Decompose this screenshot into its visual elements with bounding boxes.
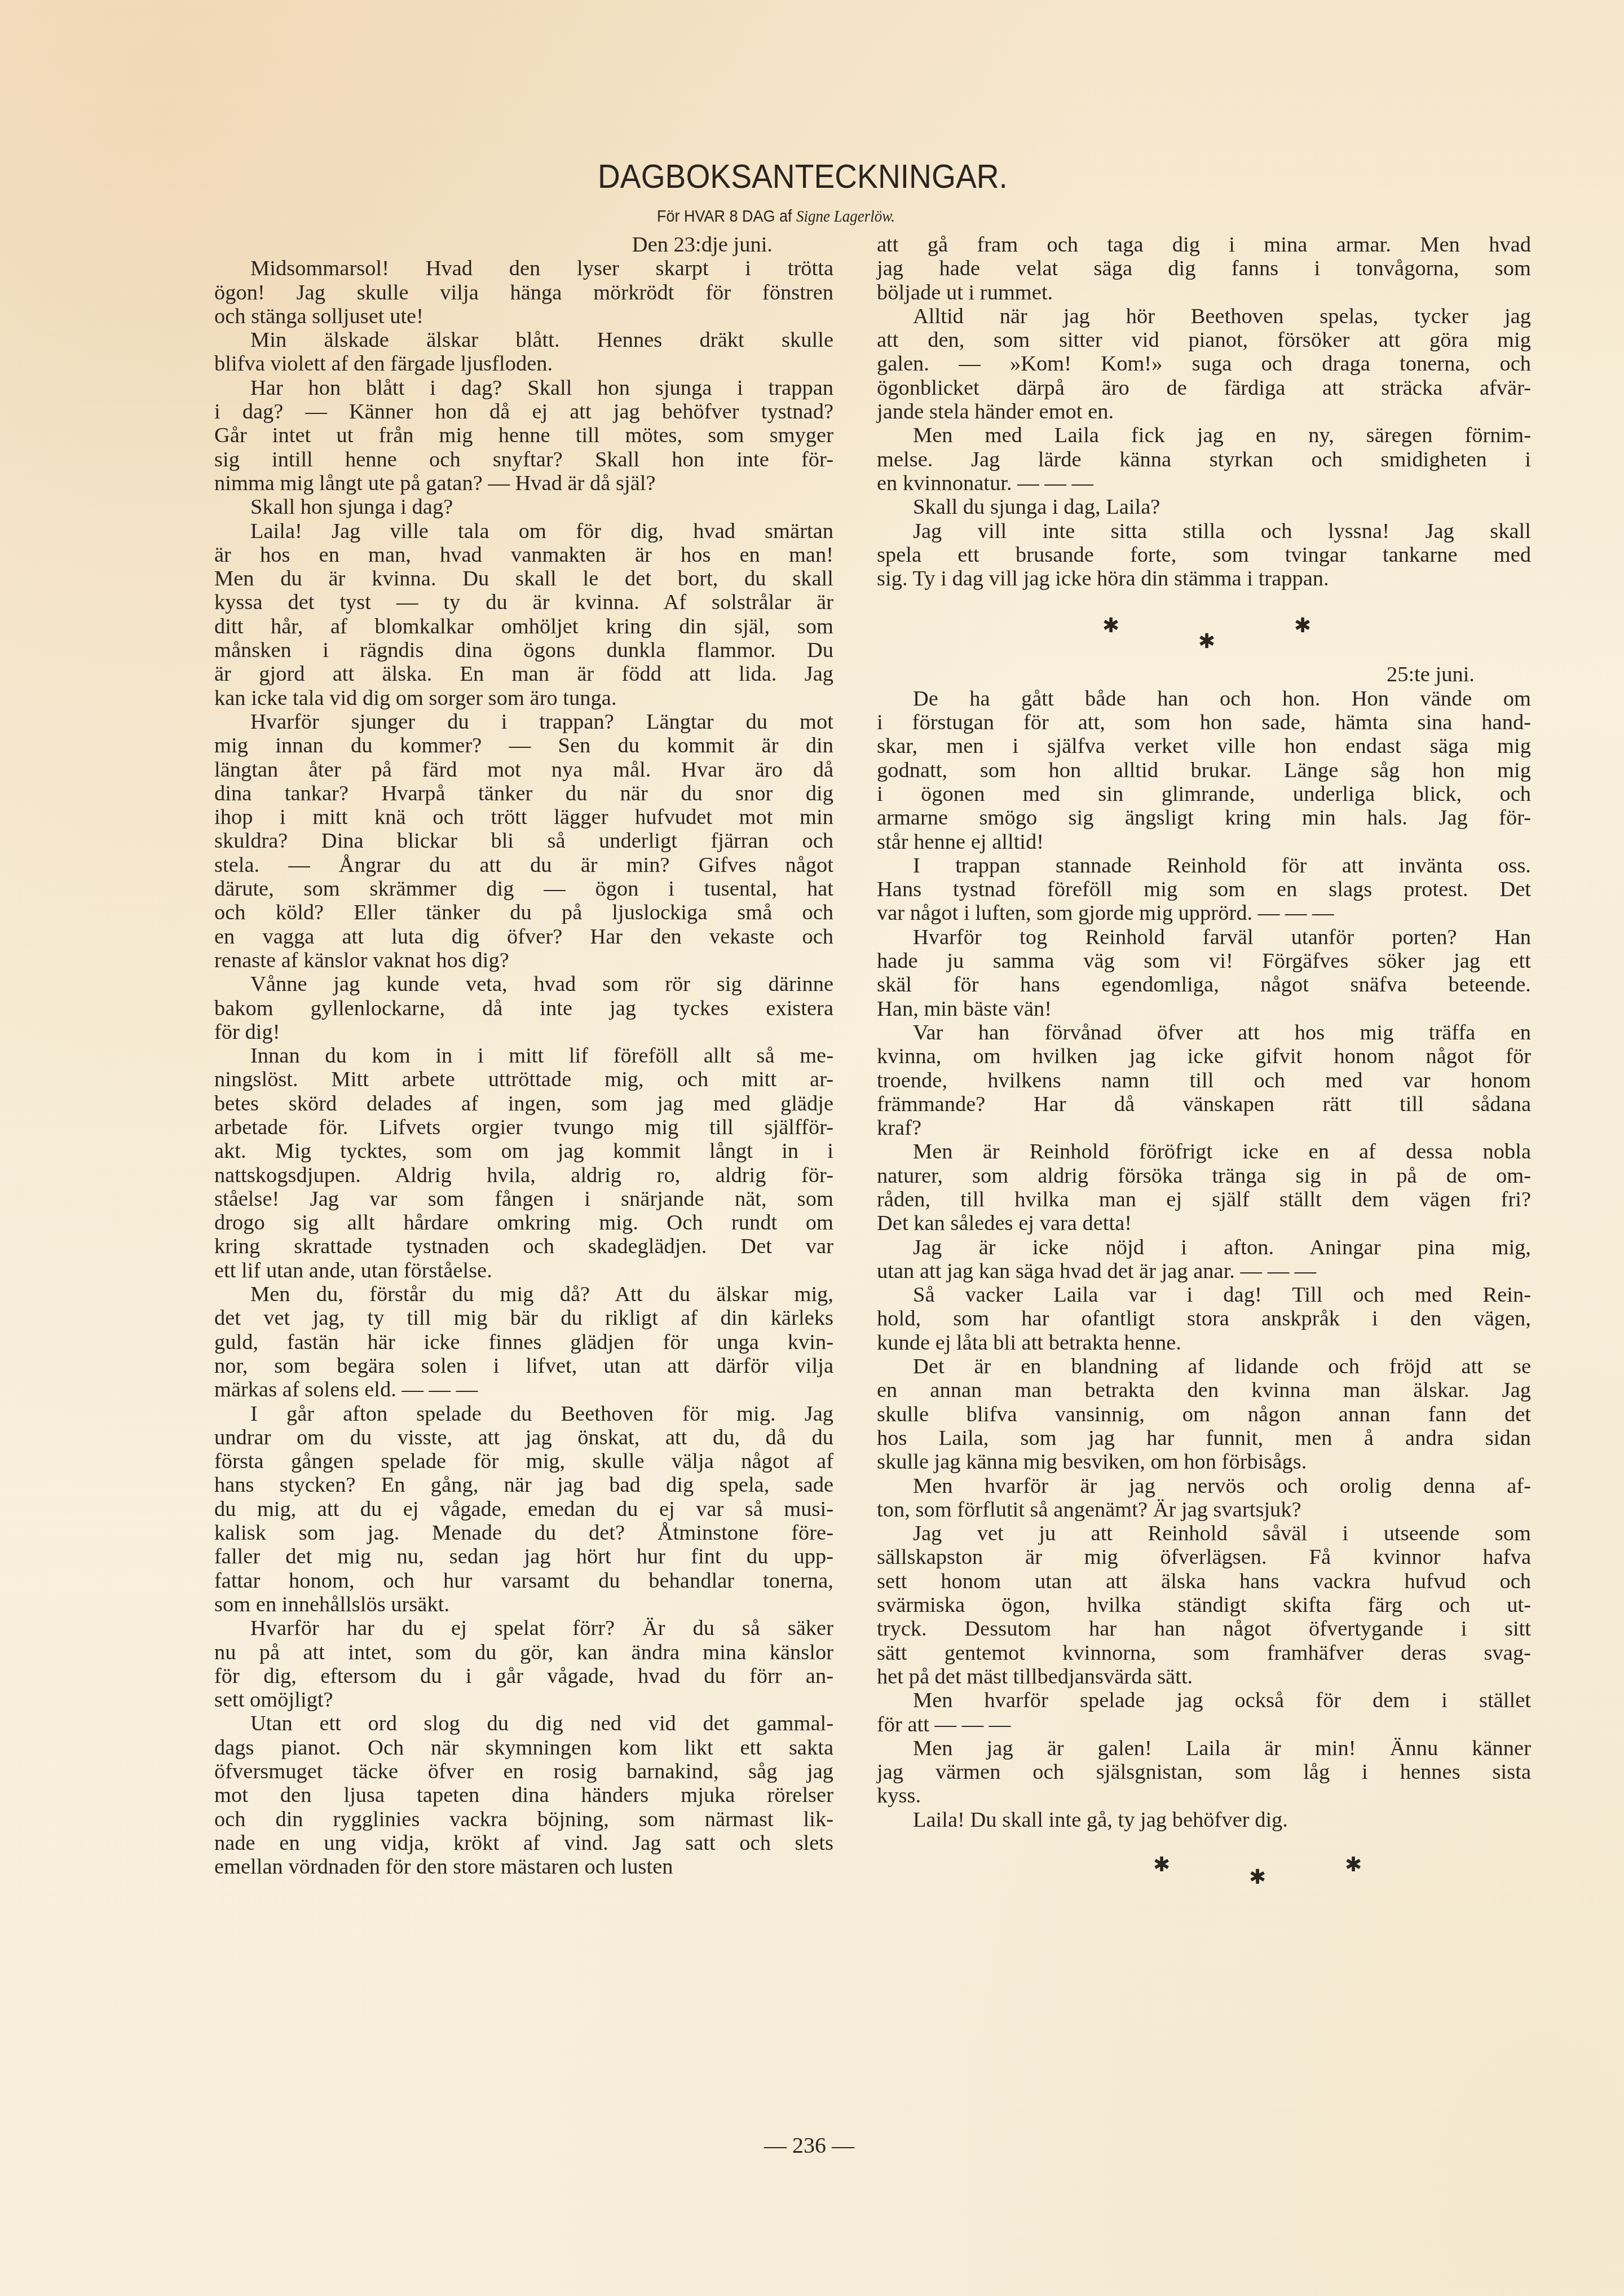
author-name: Signe Lagerlöw. [796,207,895,226]
paragraph: Vånne jag kunde veta, hvad som rör sig d… [214,972,833,1044]
paragraph: De ha gått både han och hon. Hon vände o… [877,687,1531,854]
end-separator: ✱ ✱ ✱ [877,1832,1531,1888]
text-line: kan icke tala vid dig om sorger som äro … [214,686,833,710]
section-separator: ✱ ✱ ✱ [877,590,1531,663]
text-line: Utan ett ord slog du dig ned vid det gam… [214,1712,833,1735]
text-line: Det kan således ej vara detta! [877,1211,1531,1235]
paragraph: Alltid när jag hör Beethoven spelas, tyc… [877,305,1531,424]
text-line: hade ju samma väg som vi! Förgäfves söke… [877,949,1531,973]
text-line: en vagga att luta dig öfver? Har den vek… [214,925,833,949]
text-line: Men med Laila fick jag en ny, säregen fö… [877,424,1531,447]
paragraph: Jag vet ju att Reinhold såväl i utseende… [877,1522,1531,1689]
text-line: bakom gyllenlockarne, då inte jag tyckes… [214,997,833,1020]
text-line: I trappan stannade Reinhold för att invä… [877,854,1531,878]
text-line: naturer, som aldrig försöka tränga sig i… [877,1164,1531,1188]
paragraph: Var han förvånad öfver att hos mig träff… [877,1021,1531,1140]
page-number: — 236 — [764,2132,854,2158]
text-line: Laila! Du skall inte gå, ty jag behöfver… [877,1808,1531,1832]
right-paragraphs-first-entry: att gå fram och taga dig i mina armar. M… [877,233,1531,590]
text-line: för dig, eftersom du i går vågade, hvad … [214,1664,833,1688]
text-line: tryck. Dessutom har han något öfvertygan… [877,1617,1531,1641]
text-line: är hos en man, hvad vanmakten är hos en … [214,543,833,567]
text-line: skulle jag känna mig besviken, om hon fö… [877,1450,1531,1474]
text-line: främmande? Har då vänskapen rätt till så… [877,1092,1531,1116]
text-line: het på det mäst tillbedjansvärda sätt. [877,1665,1531,1689]
text-line: Men är Reinhold föröfrigt icke en af des… [877,1140,1531,1164]
text-line: att gå fram och taga dig i mina armar. M… [877,233,1531,257]
paragraph: Skall hon sjunga i dag? [214,495,833,519]
text-line: längtan åter på färd mot nya mål. Hvar ä… [214,758,833,782]
text-line: ton, som förflutit så angenämt? Är jag s… [877,1498,1531,1522]
left-column: Den 23:dje juni. Midsommarsol! Hvad den … [214,233,833,1879]
text-line: Skall hon sjunga i dag? [214,495,833,519]
text-line: drogo sig allt hårdare omkring mig. Och … [214,1211,833,1235]
text-line: galen. — »Kom! Kom!» suga och draga tone… [877,352,1531,376]
text-line: blifva violett af den färgade ljusfloden… [214,352,833,376]
text-line: Jag vet ju att Reinhold såväl i utseende… [877,1522,1531,1545]
text-line: märkas af solens eld. — — — [214,1378,833,1402]
text-line: sett omöjligt? [214,1688,833,1712]
text-line: nattskogsdjupen. Aldrig hvila, aldrig ro… [214,1164,833,1187]
text-line: dina tankar? Hvarpå tänker du när du sno… [214,782,833,805]
entry-date-25-june: 25:te juni. [877,663,1531,686]
asterisk-icon: ✱ [1153,1854,1170,1875]
text-line: jande stela händer emot en. [877,400,1531,424]
text-line: utan att jag kan säga hvad det är jag an… [877,1259,1531,1283]
paragraph: Men jag är galen! Laila är min! Ännu kän… [877,1737,1531,1808]
paragraph: Men med Laila fick jag en ny, säregen fö… [877,424,1531,495]
text-line: Min älskade älskar blått. Hennes dräkt s… [214,328,833,352]
text-line: är gjord att älska. En man är född att l… [214,662,833,686]
text-line: undrar om du visste, att jag önskat, att… [214,1426,833,1449]
text-line: arbetade för. Lifvets orgier tvungo mig … [214,1116,833,1139]
text-line: hold, som har ofantligt stora anskpråk i… [877,1307,1531,1330]
text-line: Men hvarför är jag nervös och orolig den… [877,1474,1531,1498]
text-line: första gången spelade för mig, skulle vä… [214,1449,833,1473]
right-paragraphs-second-entry: De ha gått både han och hon. Hon vände o… [877,687,1531,1832]
paragraph: I trappan stannade Reinhold för att invä… [877,854,1531,926]
text-line: ditt hår, af blomkalkar omhöljet kring d… [214,615,833,638]
document-page: DAGBOKSANTECKNINGAR. För HVAR 8 DAG af S… [0,0,1624,2296]
paragraph: Jag vill inte sitta stilla och lyssna! J… [877,519,1531,591]
asterisk-icon: ✱ [1345,1854,1362,1875]
text-line: Det är en blandning af lidande och fröjd… [877,1355,1531,1378]
text-line: renaste af känslor vaknat hos dig? [214,949,833,972]
text-line: var något i luften, som gjorde mig upprö… [877,901,1531,925]
paragraph: Men är Reinhold föröfrigt icke en af des… [877,1140,1531,1235]
text-line: fattar honom, och hur varsamt du behandl… [214,1569,833,1593]
article-title: DAGBOKSANTECKNINGAR. [598,157,1096,196]
text-line: nu på att intet, som du gör, kan ändra m… [214,1641,833,1664]
text-line: jag hade velat säga dig fanns i tonvågor… [877,257,1531,280]
text-line: kraf? [877,1116,1531,1140]
paragraph: Jag är icke nöjd i afton. Aningar pina m… [877,1236,1531,1284]
text-line: sätt gentemot kvinnorna, som framhäfver … [877,1641,1531,1665]
text-line: ståelse! Jag var som fången i snärjande … [214,1187,833,1211]
text-line: står henne ej alltid! [877,830,1531,854]
text-line: kring skrattade tystnaden och skadeglädj… [214,1235,833,1258]
text-line: skulle blifva vansinnig, om någon annan … [877,1403,1531,1426]
text-line: ningslöst. Mitt arbete uttröttade mig, o… [214,1068,833,1091]
text-line: Hvarför har du ej spelat förr? Är du så … [214,1616,833,1640]
text-line: och köld? Eller tänker du på ljuslockiga… [214,901,833,924]
text-line: öfversmuget täcke öfver en rosig barnaki… [214,1760,833,1783]
text-line: ögon! Jag skulle vilja hänga mörkrödt fö… [214,281,833,305]
text-line: Jag vill inte sitta stilla och lyssna! J… [877,519,1531,543]
paragraph: Skall du sjunga i dag, Laila? [877,495,1531,519]
text-line: Men du, förstår du mig då? Att du älskar… [214,1283,833,1306]
text-line: en kvinnonatur. — — — [877,471,1531,495]
byline-prefix: För HVAR 8 DAG af [657,207,796,226]
text-line: Var han förvånad öfver att hos mig träff… [877,1021,1531,1045]
text-line: Har hon blått i dag? Skall hon sjunga i … [214,376,833,400]
text-line: för dig! [214,1020,833,1044]
text-line: emellan vördnaden för den store mästaren… [214,1855,833,1879]
text-line: Midsommarsol! Hvad den lyser skarpt i tr… [214,257,833,280]
text-line: i ögonen med sin glimrande, underliga bl… [877,782,1531,806]
text-line: Hans tystnad föreföll mig som en slags p… [877,878,1531,901]
byline: För HVAR 8 DAG af Signe Lagerlöw. [657,207,895,226]
text-line: troende, hvilkens namn till och med var … [877,1069,1531,1092]
right-column: att gå fram och taga dig i mina armar. M… [877,233,1531,1888]
paragraph: att gå fram och taga dig i mina armar. M… [877,233,1531,305]
text-line: skar, men i själfva verket ville hon end… [877,734,1531,758]
text-line: faller det mig nu, sedan jag hört hur fi… [214,1545,833,1568]
text-line: dags pianot. Och när skymningen kom likt… [214,1736,833,1760]
text-line: böljade ut i rummet. [877,281,1531,305]
paragraph: Har hon blått i dag? Skall hon sjunga i … [214,376,833,495]
text-line: jag värmen och själsgnistan, som låg i h… [877,1760,1531,1784]
text-line: kyss. [877,1784,1531,1808]
text-line: nade en ung vidja, krökt af vind. Jag sa… [214,1831,833,1855]
text-line: för att — — — [877,1713,1531,1737]
text-line: guld, fastän här icke finnes glädjen för… [214,1330,833,1354]
text-line: Alltid när jag hör Beethoven spelas, tyc… [877,305,1531,328]
text-line: det vet jag, ty till mig bär du rikligt … [214,1306,833,1330]
text-line: Men hvarför spelade jag också för dem i … [877,1689,1531,1712]
text-line: godnatt, som hon alltid brukar. Länge så… [877,759,1531,782]
paragraph: Laila! Jag ville tala om för dig, hvad s… [214,519,833,710]
paragraph: Innan du kom in i mitt lif föreföll allt… [214,1044,833,1283]
text-line: kalisk som jag. Menade du det? Åtminston… [214,1521,833,1545]
text-line: skuldra? Dina blickar bli så underligt f… [214,829,833,853]
asterisk-icon: ✱ [1198,631,1215,651]
text-line: hos Laila, som jag har funnit, men å and… [877,1426,1531,1450]
paragraph: Midsommarsol! Hvad den lyser skarpt i tr… [214,257,833,328]
text-line: kunde ej låta bli att betrakta henne. [877,1331,1531,1355]
text-line: ett lif utan ande, utan förståelse. [214,1259,833,1283]
text-line: Vånne jag kunde veta, hvad som rör sig d… [214,972,833,996]
text-line: ihop i mitt knä och trött lägger hufvude… [214,805,833,829]
text-line: därute, som skrämmer dig — ögon i tusent… [214,877,833,901]
asterisk-icon: ✱ [1294,615,1311,636]
text-line: Men jag är galen! Laila är min! Ännu kän… [877,1737,1531,1760]
left-paragraphs: Midsommarsol! Hvad den lyser skarpt i tr… [214,257,833,1879]
paragraph: Men du, förstår du mig då? Att du älskar… [214,1283,833,1402]
text-line: råden, till hvilka man ej själf ställt d… [877,1188,1531,1211]
paragraph: Men hvarför är jag nervös och orolig den… [877,1474,1531,1522]
text-line: och din rygglinies vackra böjning, som n… [214,1808,833,1831]
text-line: Men du är kvinna. Du skall le det bort, … [214,567,833,590]
text-line: akt. Mig tycktes, som om jag kommit lång… [214,1139,833,1163]
text-line: nor, som begära solen i lifvet, utan att… [214,1354,833,1378]
text-line: en annan man betrakta den kvinna man äls… [877,1378,1531,1402]
paragraph: I går afton spelade du Beethoven för mig… [214,1402,833,1617]
text-line: hans stycken? En gång, när jag bad dig s… [214,1473,833,1497]
text-line: melse. Jag lärde känna styrkan och smidi… [877,448,1531,471]
text-line: Hvarför sjunger du i trappan? Längtar du… [214,710,833,734]
paragraph: Utan ett ord slog du dig ned vid det gam… [214,1712,833,1879]
paragraph: Men hvarför spelade jag också för dem i … [877,1689,1531,1737]
text-line: i förstugan för att, som hon sade, hämta… [877,711,1531,734]
text-line: som en innehållslös ursäkt. [214,1593,833,1616]
text-line: skäl för hans egendomliga, något snäfva … [877,973,1531,997]
text-line: mig innan du kommer? — Sen du kommit är … [214,734,833,757]
text-line: kyssa det tyst — ty du är kvinna. Af sol… [214,590,833,614]
text-line: spela ett brusande forte, som tvingar ta… [877,543,1531,567]
text-line: Skall du sjunga i dag, Laila? [877,495,1531,519]
text-line: Innan du kom in i mitt lif föreföll allt… [214,1044,833,1068]
text-line: stela. — Ångrar du att du är min? Gifves… [214,853,833,877]
text-line: och stänga solljuset ute! [214,305,833,328]
paragraph: Det är en blandning af lidande och fröjd… [877,1355,1531,1474]
paragraph: Hvarför har du ej spelat förr? Är du så … [214,1616,833,1712]
text-line: armarne smögo sig ängsligt kring min hal… [877,806,1531,830]
text-line: betes skörd delades af ingen, som jag me… [214,1092,833,1116]
asterisk-icon: ✱ [1102,615,1119,636]
text-line: i dag? — Känner hon då ej att jag behöfv… [214,400,833,424]
text-line: ögonblicket därpå äro de färdiga att str… [877,376,1531,400]
paragraph: Min älskade älskar blått. Hennes dräkt s… [214,328,833,376]
text-line: månsken i rägndis dina ögons dunkla flam… [214,638,833,662]
text-line: Laila! Jag ville tala om för dig, hvad s… [214,519,833,543]
text-line: du mig, att du ej vågade, emedan du ej v… [214,1497,833,1521]
asterisk-icon: ✱ [1249,1867,1266,1887]
text-line: kvinna, om hvilken jag icke gifvit honom… [877,1045,1531,1068]
paragraph: Så vacker Laila var i dag! Till och med … [877,1283,1531,1355]
text-line: Så vacker Laila var i dag! Till och med … [877,1283,1531,1307]
paragraph: Hvarför tog Reinhold farväl utanför port… [877,926,1531,1021]
paragraph: Hvarför sjunger du i trappan? Längtar du… [214,710,833,972]
text-line: sett honom utan att älska hans vackra hu… [877,1570,1531,1593]
text-line: Går intet ut från mig henne till mötes, … [214,424,833,447]
text-line: mot den ljusa tapeten dina händers mjuka… [214,1783,833,1807]
text-line: svärmiska ögon, hvilka ständigt skifta f… [877,1593,1531,1617]
text-line: De ha gått både han och hon. Hon vände o… [877,687,1531,711]
text-line: Han, min bäste vän! [877,997,1531,1021]
text-line: nimma mig långt ute på gatan? — Hvad är … [214,471,833,495]
text-line: I går afton spelade du Beethoven för mig… [214,1402,833,1426]
text-line: sig intill henne och snyftar? Skall hon … [214,448,833,471]
text-line: sällskapston är mig öfverlägsen. Få kvin… [877,1545,1531,1569]
paragraph: Laila! Du skall inte gå, ty jag behöfver… [877,1808,1531,1832]
text-line: sig. Ty i dag vill jag icke höra din stä… [877,567,1531,590]
text-line: att den, som sitter vid pianot, försöker… [877,328,1531,352]
text-line: Jag är icke nöjd i afton. Aningar pina m… [877,1236,1531,1259]
entry-date-23-june: Den 23:dje juni. [214,233,833,257]
text-line: Hvarför tog Reinhold farväl utanför port… [877,926,1531,949]
